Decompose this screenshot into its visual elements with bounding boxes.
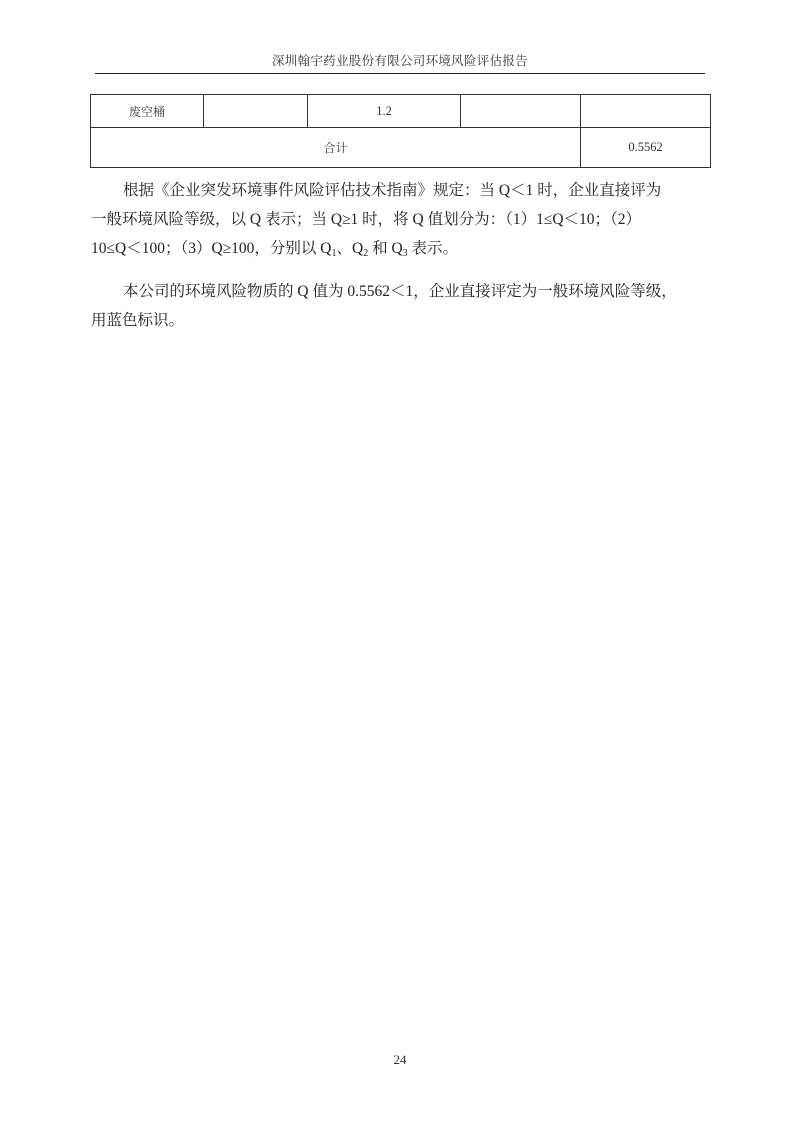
- paragraph-line: 一般环境风险等级，以 Q 表示；当 Q≥1 时，将 Q 值划分为：（1）1≤Q＜…: [91, 205, 713, 234]
- table-total-row: 合计 0.5562: [91, 128, 711, 168]
- paragraph-conclusion: 本公司的环境风险物质的 Q 值为 0.5562＜1，企业直接评定为一般环境风险等…: [91, 277, 713, 335]
- paragraph-line: 本公司的环境风险物质的 Q 值为 0.5562＜1，企业直接评定为一般环境风险等…: [91, 277, 713, 306]
- paragraph-line: 用蓝色标识。: [91, 306, 713, 335]
- table-cell: [461, 95, 581, 128]
- total-label: 合计: [91, 128, 581, 168]
- risk-substance-table: 废空桶 1.2 合计 0.5562: [90, 94, 711, 168]
- paragraph-guideline: 根据《企业突发环境事件风险评估技术指南》规定：当 Q＜1 时，企业直接评为 一般…: [91, 176, 713, 263]
- paragraph-line: 10≤Q＜100；（3）Q≥100，分别以 Q1、Q2 和 Q3 表示。: [91, 234, 713, 263]
- header-divider: [95, 73, 705, 74]
- table-cell: [581, 95, 711, 128]
- report-header-title: 深圳翰宇药业股份有限公司环境风险评估报告: [0, 51, 800, 69]
- table-cell: [204, 95, 308, 128]
- table-cell-substance: 废空桶: [91, 95, 204, 128]
- table-row: 废空桶 1.2: [91, 95, 711, 128]
- page-number: 24: [0, 1052, 800, 1068]
- table-cell-quantity: 1.2: [308, 95, 461, 128]
- paragraph-line: 根据《企业突发环境事件风险评估技术指南》规定：当 Q＜1 时，企业直接评为: [91, 176, 713, 205]
- total-value: 0.5562: [581, 128, 711, 168]
